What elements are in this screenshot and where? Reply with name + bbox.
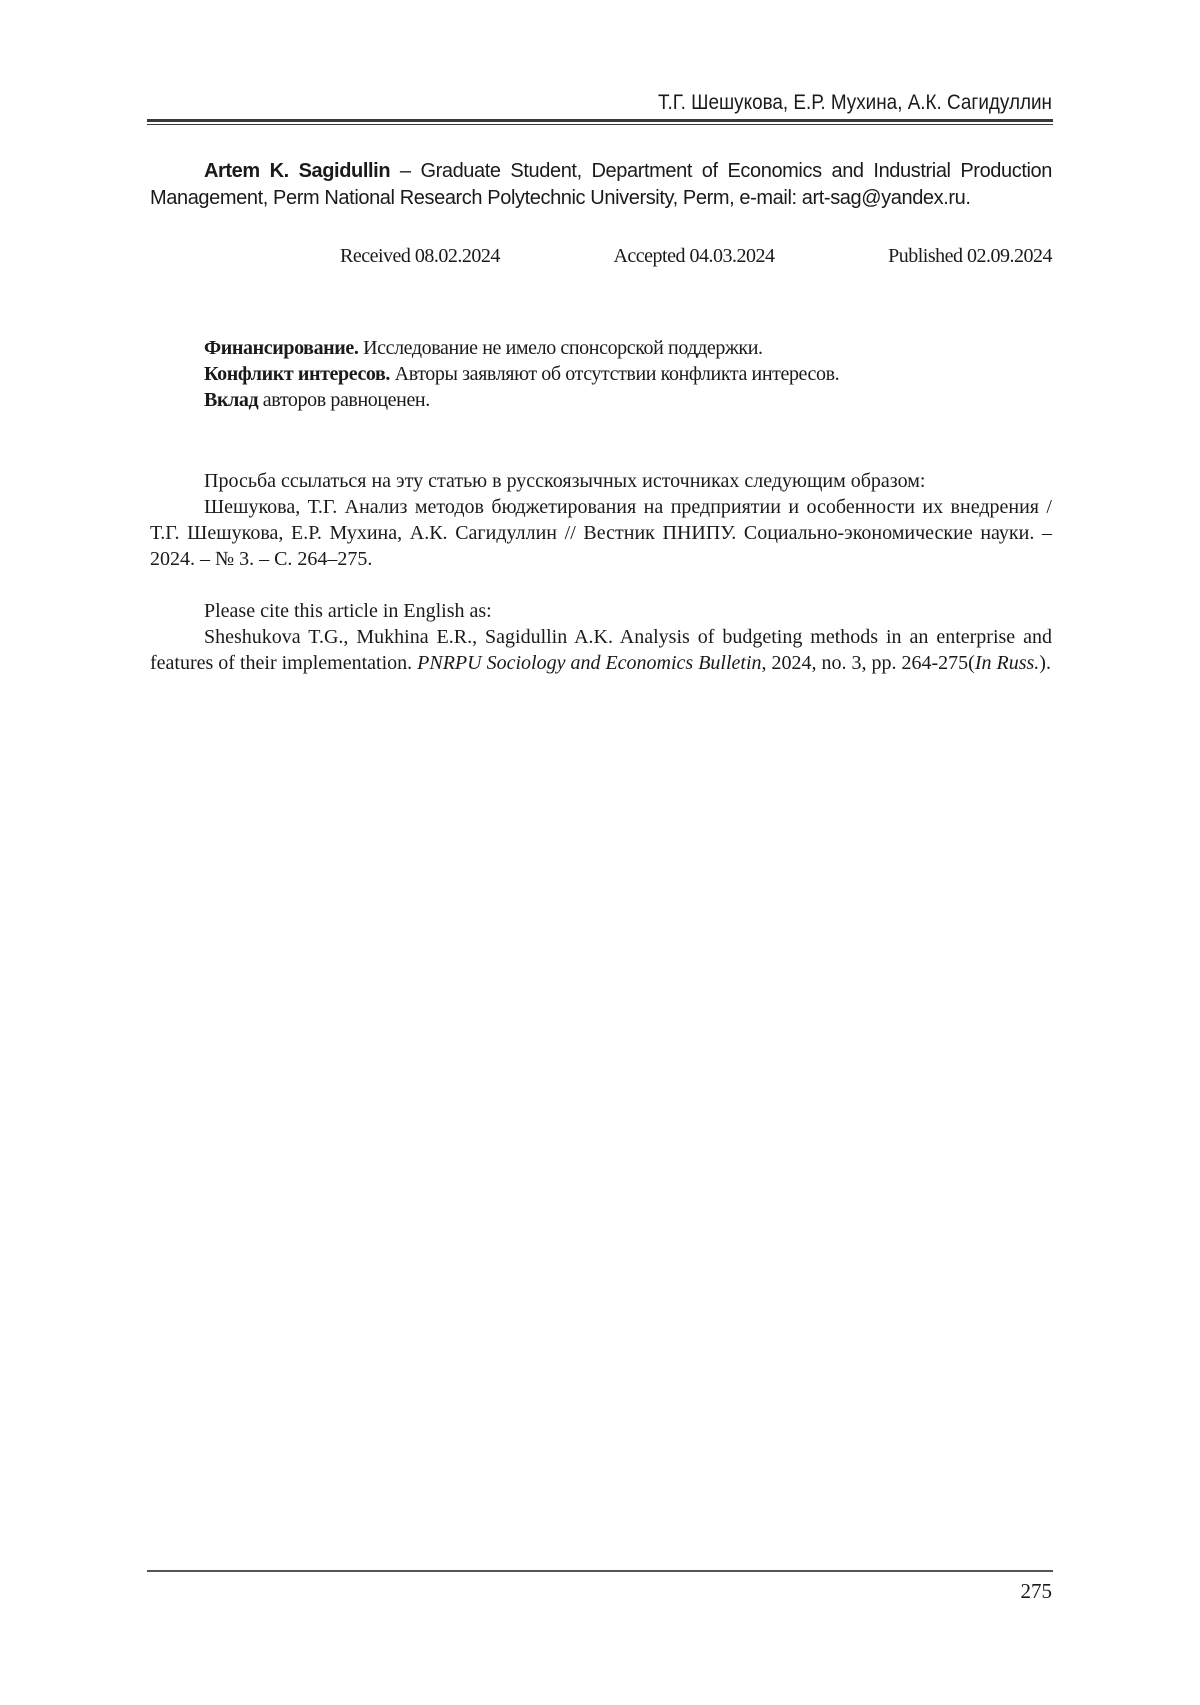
citation-english: Please cite this article in English as: … (150, 598, 1052, 676)
accepted-date: Accepted 04.03.2024 (613, 245, 774, 268)
funding-statement: Финансирование. Исследование не имело сп… (204, 335, 1054, 361)
citation-russian: Просьба ссылаться на эту статью в русско… (150, 468, 1052, 572)
language-note: In Russ. (975, 652, 1039, 674)
journal-name: PNRPU Sociology and Economics Bulletin (417, 652, 761, 674)
footer-rule (147, 1570, 1053, 1572)
page-number: 275 (900, 1579, 1052, 1604)
citation-ru-text: Шешукова, Т.Г. Анализ методов бюджетиров… (150, 494, 1052, 572)
citation-en-intro: Please cite this article in English as: (150, 598, 1052, 624)
published-date: Published 02.09.2024 (888, 245, 1052, 268)
citation-en-text: Sheshukova T.G., Mukhina E.R., Sagidulli… (150, 624, 1052, 676)
article-dates: Received 08.02.2024 Accepted 04.03.2024 … (340, 245, 1052, 268)
citation-en-volume: , 2024, no. 3, pp. 264-275( (762, 652, 975, 674)
contribution-text: авторов равноценен. (258, 389, 430, 411)
header-double-rule (147, 119, 1053, 125)
author-info: Artem K. Sagidullin – Graduate Student, … (150, 158, 1052, 212)
running-head: Т.Г. Шешукова, Е.Р. Мухина, А.К. Сагидул… (238, 91, 1052, 115)
conflict-text: Авторы заявляют об отсутствии конфликта … (390, 363, 839, 385)
declarations: Финансирование. Исследование не имело сп… (204, 335, 1054, 413)
conflict-label: Конфликт интересов. (204, 363, 390, 385)
document-page: Т.Г. Шешукова, Е.Р. Мухина, А.К. Сагидул… (0, 0, 1200, 1705)
author-name: Artem K. Sagidullin (204, 160, 390, 182)
funding-text: Исследование не имело спонсорской поддер… (359, 337, 763, 359)
funding-label: Финансирование. (204, 337, 359, 359)
received-date: Received 08.02.2024 (340, 245, 500, 268)
contribution-label: Вклад (204, 389, 258, 411)
citation-ru-intro: Просьба ссылаться на эту статью в русско… (150, 468, 1052, 494)
conflict-statement: Конфликт интересов. Авторы заявляют об о… (204, 361, 1054, 387)
citation-en-end: ). (1039, 652, 1051, 674)
contribution-statement: Вклад авторов равноценен. (204, 387, 1054, 413)
